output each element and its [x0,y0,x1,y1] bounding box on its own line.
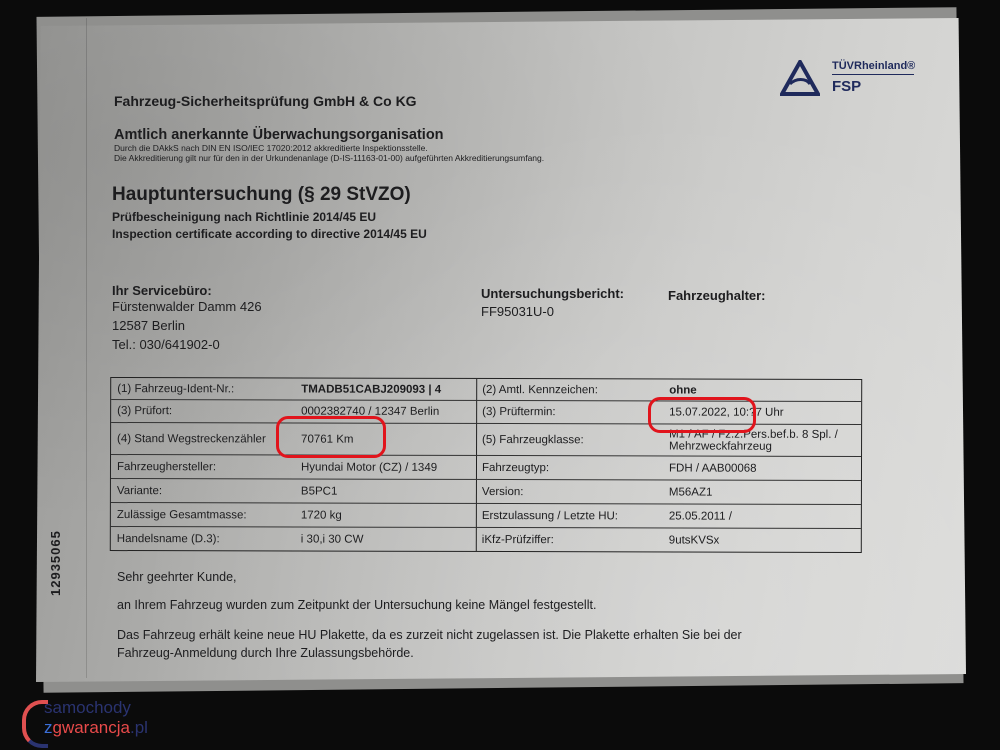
org-title: Amtlich anerkannte Überwachungsorganisat… [114,127,444,143]
tuv-triangle-icon [780,60,820,96]
gross-mass-label: Zulässige Gesamtmasse: [117,503,247,526]
watermark-logo: samochody zgwarancja.pl [20,696,190,746]
logo-sub: FSP [832,78,861,95]
service-office-phone: Tel.: 030/641902-0 [112,337,220,352]
accreditation-line-2: Die Akkreditierung gilt nur für den in d… [114,153,544,163]
type-label: Fahrzeugtyp: [482,456,549,479]
class-label: (5) Fahrzeugklasse: [482,424,584,455]
watermark-line-1: samochody [44,698,131,718]
highlight-date [648,397,756,433]
trade-name-label: Handelsname (D.3): [117,527,220,550]
plate-label: (2) Amtl. Kennzeichen: [482,379,598,400]
logo-brand: TÜVRheinland® [832,60,915,72]
letter-paragraph-1: an Ihrem Fahrzeug wurden zum Zeitpunkt d… [117,598,596,612]
service-office-label: Ihr Servicebüro: [112,283,212,298]
table-row: Fahrzeughersteller: Hyundai Motor (CZ) /… [111,455,861,481]
type-value: FDH / AAB00068 [669,456,757,479]
version-value: M56AZ1 [669,480,713,503]
document-subtitle-en: Inspection certificate according to dire… [112,227,427,241]
version-label: Version: [482,480,524,503]
accreditation-line-1: Durch die DAkkS nach DIN EN ISO/IEC 1702… [114,143,428,153]
check-code-value: 9utsKVSx [669,528,720,551]
letter-greeting: Sehr geehrter Kunde, [117,570,237,584]
document-subtitle-de: Prüfbescheinigung nach Richtlinie 2014/4… [112,210,376,224]
date-label: (3) Prüftermin: [482,401,556,423]
report-label: Untersuchungsbericht: [481,286,624,301]
registration-label: Erstzulassung / Letzte HU: [482,504,618,527]
table-row: Zulässige Gesamtmasse: 1720 kg Erstzulas… [111,503,861,529]
side-serial-number: 12935065 [48,530,63,596]
variant-label: Variante: [117,479,162,502]
vin-label: (1) Fahrzeug-Ident-Nr.: [117,378,234,399]
location-label: (3) Prüfort: [117,400,172,422]
holder-label: Fahrzeughalter: [668,288,766,303]
document-title: Hauptuntersuchung (§ 29 StVZO) [112,184,411,206]
table-row: Handelsname (D.3): i 30,i 30 CW iKfz-Prü… [111,527,861,552]
trade-name-value: i 30,i 30 CW [301,528,364,551]
highlight-odometer [276,416,386,458]
service-office-city: 12587 Berlin [112,318,185,333]
registration-value: 25.05.2011 / [669,504,732,527]
odometer-label: (4) Stand Wegstreckenzähler [117,423,266,454]
check-code-label: iKfz-Prüfziffer: [482,528,554,551]
company-name: Fahrzeug-Sicherheitsprüfung GmbH & Co KG [114,93,417,109]
variant-value: B5PC1 [301,480,337,503]
service-office-street: Fürstenwalder Damm 426 [112,299,262,314]
report-number: FF95031U-0 [481,304,554,319]
fold-line [86,18,87,678]
table-row: Variante: B5PC1 Version: M56AZ1 [111,479,861,505]
manufacturer-label: Fahrzeughersteller: [117,455,216,478]
gross-mass-value: 1720 kg [301,504,342,527]
letter-paragraph-2-line-1: Das Fahrzeug erhält keine neue HU Plaket… [117,628,742,642]
vin-value: TMADB51CABJ209093 | 4 [301,379,441,400]
tuv-logo: TÜVRheinland® FSP [780,58,930,100]
manufacturer-value: Hyundai Motor (CZ) / 1349 [301,456,437,479]
letter-paragraph-2-line-2: Fahrzeug-Anmeldung durch Ihre Zulassungs… [117,646,414,660]
watermark-line-2: zgwarancja.pl [44,718,148,738]
